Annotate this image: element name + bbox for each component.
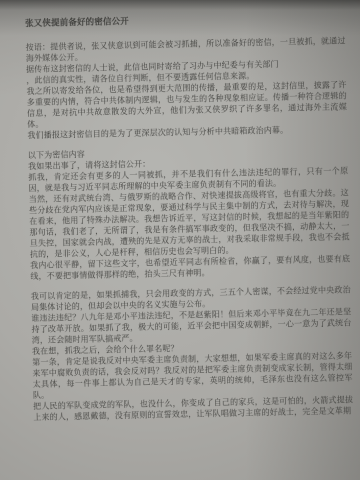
- document-paragraph: 第一条，肯定是说我反对中央军委主席负责制，大家想想，如果军委主席真的对这么多年来…: [32, 350, 353, 401]
- document-page: 张又侠提前备好的密信公开 按语：提供者说，张又侠意识到可能会被习抓捕，所以准备好…: [25, 11, 353, 423]
- document-photo: 张又侠提前备好的密信公开 按语：提供者说，张又侠意识到可能会被习抓捕，所以准备好…: [0, 0, 360, 480]
- document-paragraph: 我之所以寄发给各位，也是希望得到更大范围的传播，最重要的是，这封信里，披露了许多…: [26, 79, 347, 130]
- document-paragraph: 当然，还有对武统台湾、与俄罗斯的战略合作、对快速提拔高级将官，也有重大分歧。这些…: [29, 187, 350, 260]
- document-title: 张又侠提前备好的密信公开: [25, 11, 345, 29]
